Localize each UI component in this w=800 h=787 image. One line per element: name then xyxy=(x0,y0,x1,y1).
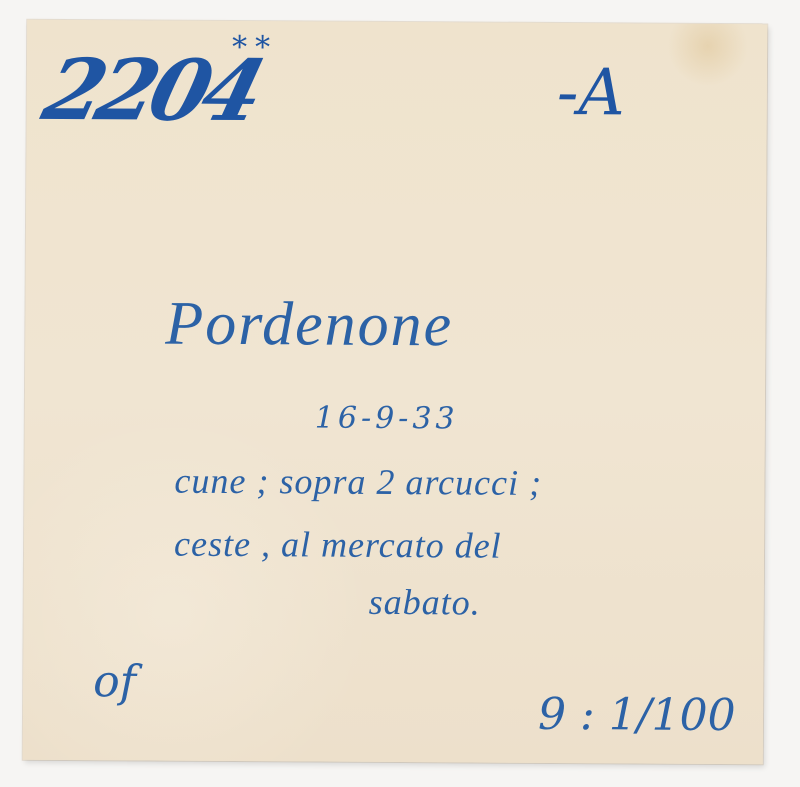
date: 16-9-33 xyxy=(315,404,459,435)
ratio-annotation: 9 : 1/100 xyxy=(538,693,736,738)
description-line-2: ceste , al mercato del xyxy=(174,526,502,564)
star-marks: ** xyxy=(232,33,278,63)
description-line-1: cune ; sopra 2 arcucci ; xyxy=(174,463,542,501)
archival-card: 2204 ** -A Pordenone 16-9-33 cune ; sopr… xyxy=(23,20,768,765)
initials: of xyxy=(93,660,136,704)
description-line-3: sabato. xyxy=(369,584,481,621)
place-name: Pordenone xyxy=(165,293,453,357)
series-letter: -A xyxy=(557,61,625,125)
